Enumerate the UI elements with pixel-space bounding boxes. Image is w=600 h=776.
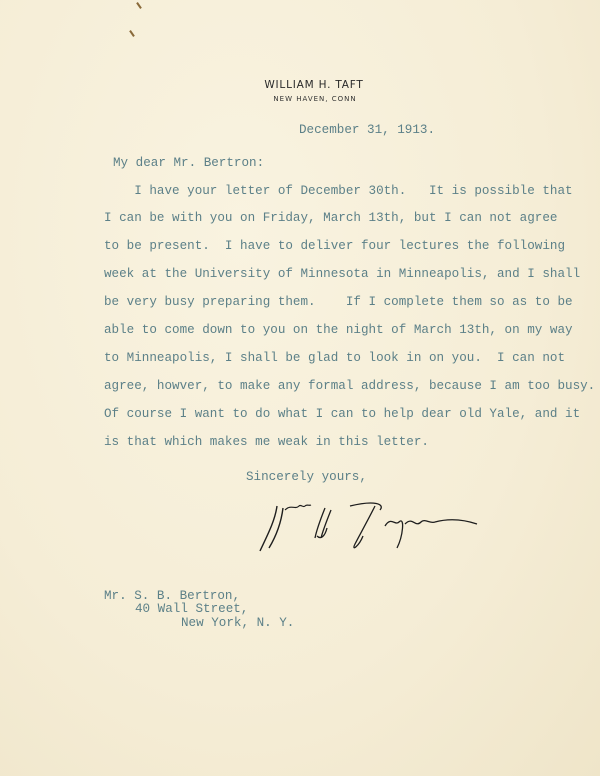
paper-blemish	[129, 30, 135, 37]
body-line: to Minneapolis, I shall be glad to look …	[104, 351, 565, 365]
body-line: agree, howver, to make any formal addres…	[104, 379, 595, 393]
body-line: able to come down to you on the night of…	[104, 323, 573, 337]
letter-page: WILLIAM H. TAFT NEW HAVEN, CONN December…	[0, 0, 600, 776]
letter-date: December 31, 1913.	[299, 123, 435, 137]
letterhead-name: WILLIAM H. TAFT	[0, 79, 600, 91]
closing: Sincerely yours,	[246, 470, 367, 484]
recipient-city: New York, N. Y.	[181, 616, 294, 630]
paper-blemish	[136, 2, 142, 9]
salutation: My dear Mr. Bertron:	[113, 156, 264, 170]
body-line: week at the University of Minnesota in M…	[104, 267, 580, 281]
recipient-street: 40 Wall Street,	[135, 602, 248, 616]
recipient-name: Mr. S. B. Bertron,	[104, 589, 240, 603]
body-line: Of course I want to do what I can to hel…	[104, 407, 580, 421]
body-line: I can be with you on Friday, March 13th,…	[104, 211, 557, 225]
body-line: I have your letter of December 30th. It …	[104, 184, 573, 198]
letterhead-place: NEW HAVEN, CONN	[0, 95, 600, 103]
body-line: be very busy preparing them. If I comple…	[104, 295, 573, 309]
body-line: is that which makes me weak in this lett…	[104, 435, 429, 449]
signature	[255, 496, 485, 556]
body-line: to be present. I have to deliver four le…	[104, 239, 565, 253]
